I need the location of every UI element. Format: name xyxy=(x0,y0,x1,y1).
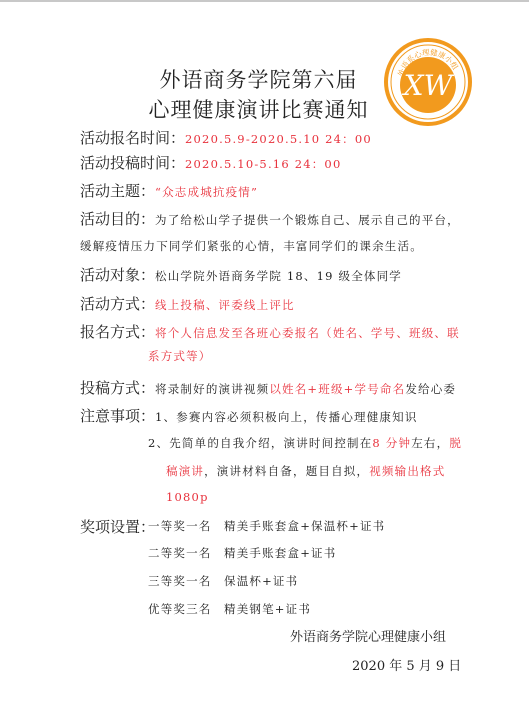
notes-time-limit: 8 分钟 xyxy=(372,436,411,450)
notes-row: 注意事项：1、参赛内容必须积极向上，传播心理健康知识 xyxy=(80,405,418,426)
prize-reward-4: 精美钢笔+证书 xyxy=(224,601,311,617)
logo-letters: XW xyxy=(402,69,455,102)
theme-row: 活动主题：“众志成城抗疫情” xyxy=(80,180,258,201)
purpose-row-2: 缓解疫情压力下同学们紧张的心情，丰富同学们的课余生活。 xyxy=(80,238,423,254)
submission-label: 投稿方式： xyxy=(80,379,155,397)
submit-time-row: 活动投稿时间：2020.5.10-5.16 24：00 xyxy=(80,152,341,173)
xw-logo-icon: 外语系心理健康小组 XW xyxy=(383,37,473,127)
top-border xyxy=(0,0,529,2)
register-time-label: 活动报名时间： xyxy=(80,129,185,147)
notes-label: 注意事项： xyxy=(80,407,155,425)
purpose-label: 活动目的： xyxy=(80,210,155,228)
prize-reward-2: 精美手账套盒+证书 xyxy=(224,545,336,561)
register-time-value: 2020.5.9-2020.5.10 24：00 xyxy=(185,132,372,146)
submission-part-1: 将录制好的演讲视频 xyxy=(155,382,269,396)
audience-label: 活动对象： xyxy=(80,266,155,284)
prize-reward-1: 精美手账套盒+保温杯+证书 xyxy=(224,518,385,534)
purpose-line-1: 为了给松山学子提供一个锻炼自己、展示自己的平台， xyxy=(155,213,460,227)
prize-rank-4: 优等奖三名 xyxy=(148,601,212,617)
method-value: 线上投稿、评委线上评比 xyxy=(155,298,295,312)
signature-date: 2020 年 5 月 9 日 xyxy=(352,655,461,674)
submission-row: 投稿方式：将录制好的演讲视频以姓名+班级+学号命名发给心委 xyxy=(80,377,456,398)
signup-line-2: 系方式等） xyxy=(148,349,212,363)
notes-item-1: 1、参赛内容必须积极向上，传播心理健康知识 xyxy=(155,410,418,424)
submission-naming-rule: 以姓名+班级+学号命名 xyxy=(269,382,405,396)
method-row: 活动方式：线上投稿、评委线上评比 xyxy=(80,293,295,314)
theme-value: “众志成城抗疫情” xyxy=(155,185,258,199)
notes-item-2-line-1: 2、先简单的自我介绍，演讲时间控制在8 分钟左右，脱 xyxy=(148,435,462,451)
signup-line-1: 将个人信息发至各班心委报名（姓名、学号、班级、联 xyxy=(155,326,460,340)
notes-item-2-text-d: 脱 xyxy=(449,436,462,450)
submit-time-label: 活动投稿时间： xyxy=(80,154,185,172)
method-label: 活动方式： xyxy=(80,295,155,313)
prize-rank-2: 二等奖一名 xyxy=(148,545,212,561)
register-time-row: 活动报名时间：2020.5.9-2020.5.10 24：00 xyxy=(80,127,372,148)
signup-row-2: 系方式等） xyxy=(148,348,212,364)
submission-part-3: 发给心委 xyxy=(405,382,456,396)
audience-row: 活动对象：松山学院外语商务学院 18、19 级全体同学 xyxy=(80,264,402,285)
notes-item-2-line-3: 1080p xyxy=(166,490,209,505)
theme-label: 活动主题： xyxy=(80,182,155,200)
audience-value: 松山学院外语商务学院 18、19 级全体同学 xyxy=(155,269,402,283)
notes-item-2-line-2: 稿演讲，演讲材料自备，题目自拟，视频输出格式 xyxy=(166,463,445,479)
signature-organization: 外语商务学院心理健康小组 xyxy=(290,626,446,645)
purpose-line-2: 缓解疫情压力下同学们紧张的心情，丰富同学们的课余生活。 xyxy=(80,239,423,253)
submit-time-value: 2020.5.10-5.16 24：00 xyxy=(185,157,341,171)
prizes-label: 奖项设置： xyxy=(80,518,155,536)
notes-offscript: 稿演讲 xyxy=(166,464,204,478)
notes-item-2-text-c: 左右， xyxy=(411,436,449,450)
signup-row: 报名方式：将个人信息发至各班心委报名（姓名、学号、班级、联 xyxy=(80,321,460,342)
notes-video-format-label: 视频输出格式 xyxy=(369,464,445,478)
notes-item-2-text-e: ，演讲材料自备，题目自拟， xyxy=(204,464,369,478)
purpose-row: 活动目的：为了给松山学子提供一个锻炼自己、展示自己的平台， xyxy=(80,208,460,229)
prizes-row: 奖项设置： xyxy=(80,516,155,537)
prize-rank-3: 三等奖一名 xyxy=(148,573,212,589)
signup-label: 报名方式： xyxy=(80,323,155,341)
notes-item-2-text-a: 2、先简单的自我介绍，演讲时间控制在 xyxy=(148,436,372,450)
prize-reward-3: 保温杯+证书 xyxy=(224,573,298,589)
prize-rank-1: 一等奖一名 xyxy=(148,518,212,534)
notes-video-resolution: 1080p xyxy=(166,490,209,504)
